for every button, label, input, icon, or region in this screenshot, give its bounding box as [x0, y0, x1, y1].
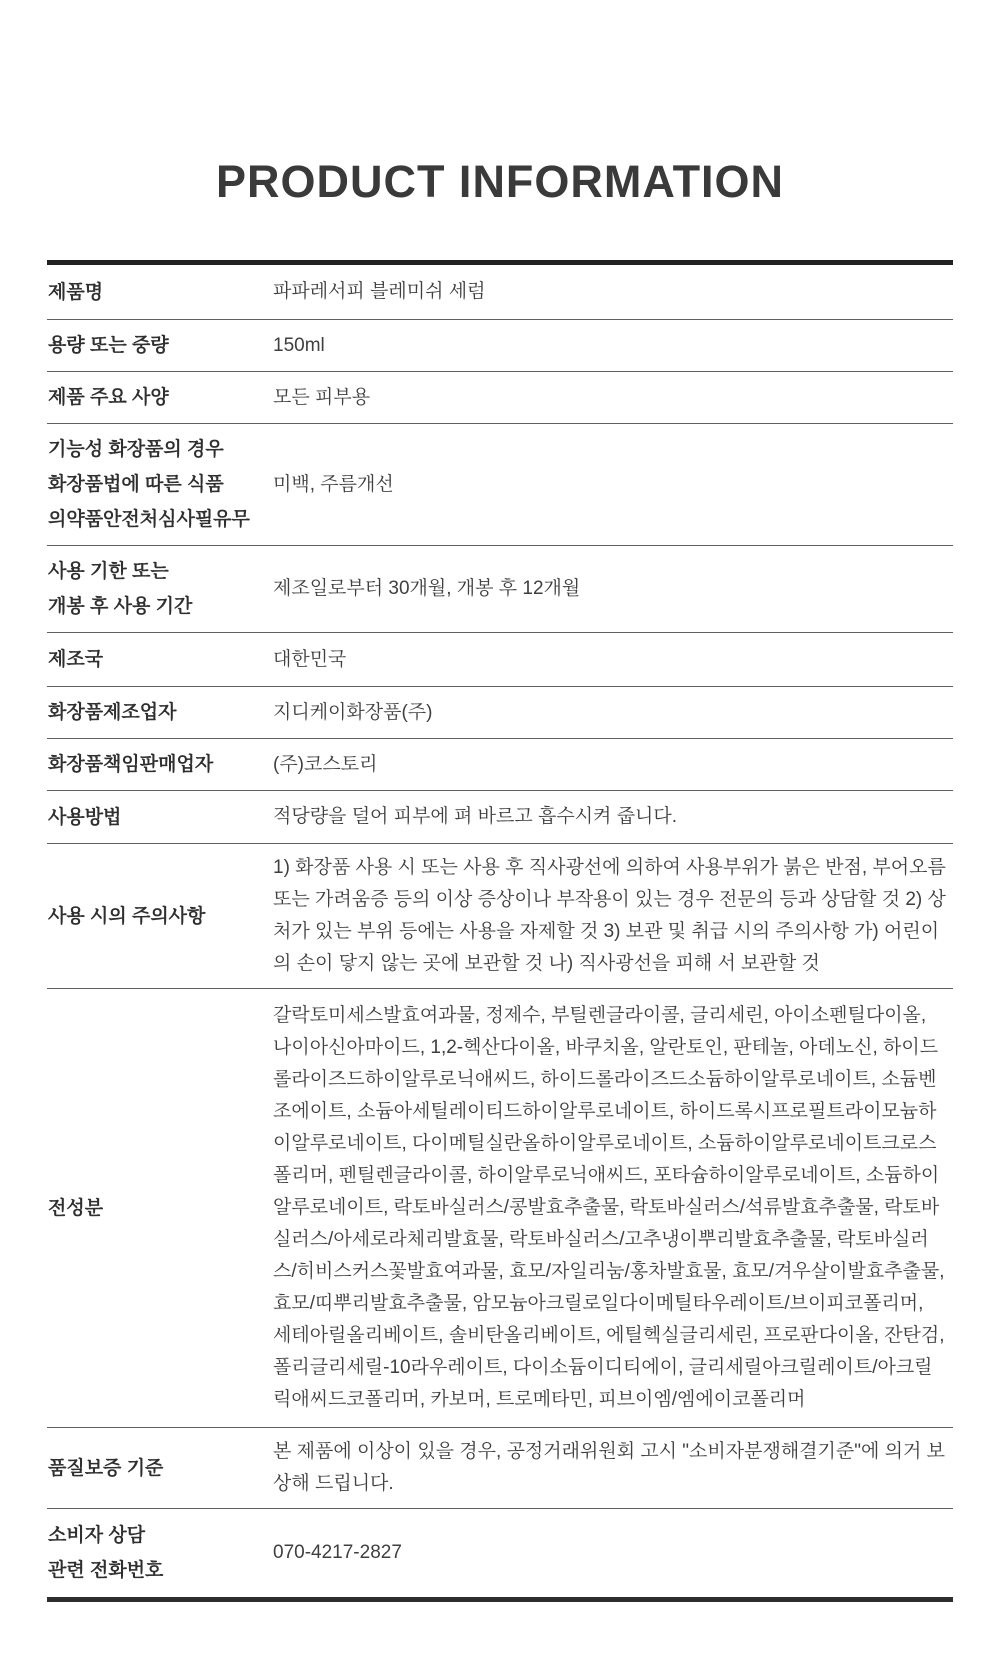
table-row-manufacturer: 화장품제조업자 지디케이화장품(주) — [47, 687, 953, 739]
row-value: 1) 화장품 사용 시 또는 사용 후 직사광선에 의하여 사용부위가 붉은 반… — [273, 852, 953, 980]
page-title: PRODUCT INFORMATION — [0, 0, 1000, 208]
table-row-volume: 용량 또는 중량 150ml — [47, 320, 953, 372]
row-label: 화장품제조업자 — [47, 695, 273, 730]
row-label: 사용방법 — [47, 800, 273, 835]
row-label: 제품명 — [47, 275, 273, 310]
row-value: 모든 피부용 — [273, 382, 953, 414]
product-info-table: 제품명 파파레서피 블레미쉬 세럼 용량 또는 중량 150ml 제품 주요 사… — [47, 260, 953, 1602]
table-row-country-of-origin: 제조국 대한민국 — [47, 633, 953, 687]
row-label: 제품 주요 사양 — [47, 380, 273, 415]
row-label: 사용 시의 주의사항 — [47, 899, 273, 934]
row-value: 파파레서피 블레미쉬 세럼 — [273, 276, 953, 308]
row-value: 제조일로부터 30개월, 개봉 후 12개월 — [273, 573, 953, 605]
table-row-expiration: 사용 기한 또는 개봉 후 사용 기간 제조일로부터 30개월, 개봉 후 12… — [47, 546, 953, 633]
table-row-main-spec: 제품 주요 사양 모든 피부용 — [47, 372, 953, 424]
row-value: 본 제품에 이상이 있을 경우, 공정거래위원회 고시 "소비자분쟁해결기준"에… — [273, 1436, 953, 1500]
table-row-product-name: 제품명 파파레서피 블레미쉬 세럼 — [47, 265, 953, 320]
table-row-customer-service-phone: 소비자 상담 관련 전화번호 070-4217-2827 — [47, 1509, 953, 1597]
table-row-usage: 사용방법 적당량을 덜어 피부에 펴 바르고 흡수시켜 줍니다. — [47, 791, 953, 844]
row-label: 전성분 — [47, 1191, 273, 1226]
table-row-ingredients: 전성분 갈락토미세스발효여과물, 정제수, 부틸렌글라이콜, 글리세린, 아이소… — [47, 989, 953, 1428]
row-label: 제조국 — [47, 642, 273, 677]
row-label: 품질보증 기준 — [47, 1451, 273, 1486]
row-label: 사용 기한 또는 개봉 후 사용 기간 — [47, 554, 273, 624]
row-label: 화장품책임판매업자 — [47, 747, 273, 782]
table-row-functional-approval: 기능성 화장품의 경우 화장품법에 따른 식품 의약품안전처심사필유무 미백, … — [47, 424, 953, 546]
table-row-precautions: 사용 시의 주의사항 1) 화장품 사용 시 또는 사용 후 직사광선에 의하여… — [47, 844, 953, 989]
row-value: 갈락토미세스발효여과물, 정제수, 부틸렌글라이콜, 글리세린, 아이소펜틸다이… — [273, 1000, 953, 1416]
row-label: 소비자 상담 관련 전화번호 — [47, 1518, 273, 1588]
row-label: 용량 또는 중량 — [47, 328, 273, 363]
row-value: 적당량을 덜어 피부에 펴 바르고 흡수시켜 줍니다. — [273, 801, 953, 833]
table-row-responsible-seller: 화장품책임판매업자 (주)코스토리 — [47, 739, 953, 791]
row-value: 대한민국 — [273, 644, 953, 676]
row-value: 미백, 주름개선 — [273, 469, 953, 501]
row-value: (주)코스토리 — [273, 749, 953, 781]
row-value: 070-4217-2827 — [273, 1537, 953, 1569]
product-information-page: PRODUCT INFORMATION 제품명 파파레서피 블레미쉬 세럼 용량… — [0, 0, 1000, 1672]
row-label: 기능성 화장품의 경우 화장품법에 따른 식품 의약품안전처심사필유무 — [47, 432, 273, 537]
row-value: 150ml — [273, 330, 953, 362]
row-value: 지디케이화장품(주) — [273, 697, 953, 729]
table-row-quality-guarantee: 품질보증 기준 본 제품에 이상이 있을 경우, 공정거래위원회 고시 "소비자… — [47, 1428, 953, 1509]
